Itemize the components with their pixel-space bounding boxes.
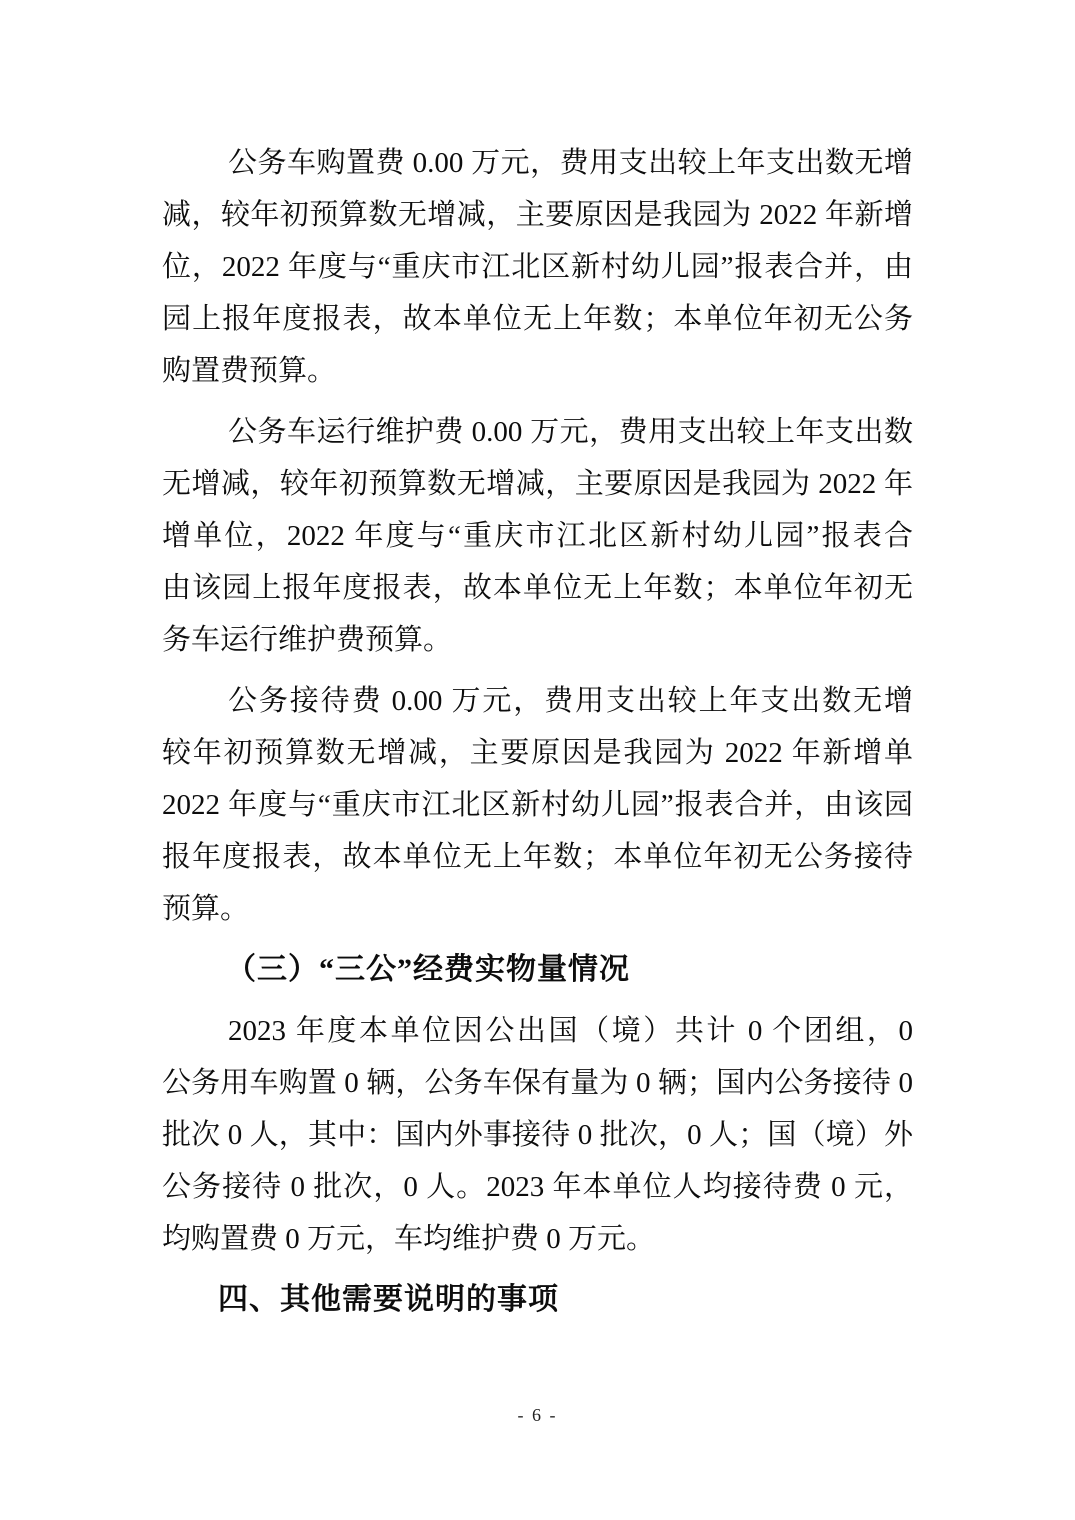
text-line: 园上报年度报表，故本单位无上年数；本单位年初无公务车 <box>162 293 913 345</box>
text-line: 由该园上报年度报表，故本单位无上年数；本单位年初无公 <box>162 562 913 614</box>
section-heading: 四、其他需要说明的事项 <box>162 1274 913 1326</box>
text-line: 公务车运行维护费 0.00 万元，费用支出较上年支出数 <box>162 406 913 458</box>
text-line: 预算。 <box>162 883 913 935</box>
text-line: 均购置费 0 万元，车均维护费 0 万元。 <box>162 1213 913 1265</box>
text-line: 减，较年初预算数无增减，主要原因是我园为 2022 年新增单 <box>162 189 913 241</box>
paragraph: 公务接待费 0.00 万元，费用支出较上年支出数无增减，较年初预算数无增减，主要… <box>162 675 913 935</box>
text-line: 2023 年度本单位因公出国（境）共计 0 个团组，0 人； <box>162 1005 913 1057</box>
text-line: 较年初预算数无增减，主要原因是我园为 2022 年新增单位， <box>162 727 913 779</box>
heading-text: （三）“三公”经费实物量情况 <box>162 944 913 996</box>
text-line: 2022 年度与“重庆市江北区新村幼儿园”报表合并，由该园上 <box>162 779 913 831</box>
text-line: 无增减，较年初预算数无增减，主要原因是我园为 2022 年新 <box>162 458 913 510</box>
text-line: 报年度报表，故本单位无上年数；本单位年初无公务接待费 <box>162 831 913 883</box>
text-line: 增单位，2022 年度与“重庆市江北区新村幼儿园”报表合并， <box>162 510 913 562</box>
text-line: 务车运行维护费预算。 <box>162 614 913 666</box>
paragraph: 公务车运行维护费 0.00 万元，费用支出较上年支出数无增减，较年初预算数无增减… <box>162 406 913 666</box>
paragraph: 公务车购置费 0.00 万元，费用支出较上年支出数无增减，较年初预算数无增减，主… <box>162 137 913 397</box>
page-footer: - 6 - <box>0 1402 1075 1428</box>
section-heading: （三）“三公”经费实物量情况 <box>162 944 913 996</box>
document-body: 公务车购置费 0.00 万元，费用支出较上年支出数无增减，较年初预算数无增减，主… <box>162 137 913 1326</box>
text-line: 批次 0 人，其中：国内外事接待 0 批次，0 人；国（境）外 <box>162 1109 913 1161</box>
text-line: 公务接待费 0.00 万元，费用支出较上年支出数无增减， <box>162 675 913 727</box>
page-number: - 6 - <box>518 1405 558 1425</box>
document-page: 公务车购置费 0.00 万元，费用支出较上年支出数无增减，较年初预算数无增减，主… <box>0 0 1075 1520</box>
paragraph: 2023 年度本单位因公出国（境）共计 0 个团组，0 人；公务用车购置 0 辆… <box>162 1005 913 1265</box>
text-line: 购置费预算。 <box>162 345 913 397</box>
text-line: 位，2022 年度与“重庆市江北区新村幼儿园”报表合并，由该 <box>162 241 913 293</box>
heading-text: 四、其他需要说明的事项 <box>162 1274 913 1326</box>
text-line: 公务用车购置 0 辆，公务车保有量为 0 辆；国内公务接待 0 <box>162 1057 913 1109</box>
text-line: 公务接待 0 批次，0 人。2023 年本单位人均接待费 0 元，车 <box>162 1161 913 1213</box>
text-line: 公务车购置费 0.00 万元，费用支出较上年支出数无增 <box>162 137 913 189</box>
